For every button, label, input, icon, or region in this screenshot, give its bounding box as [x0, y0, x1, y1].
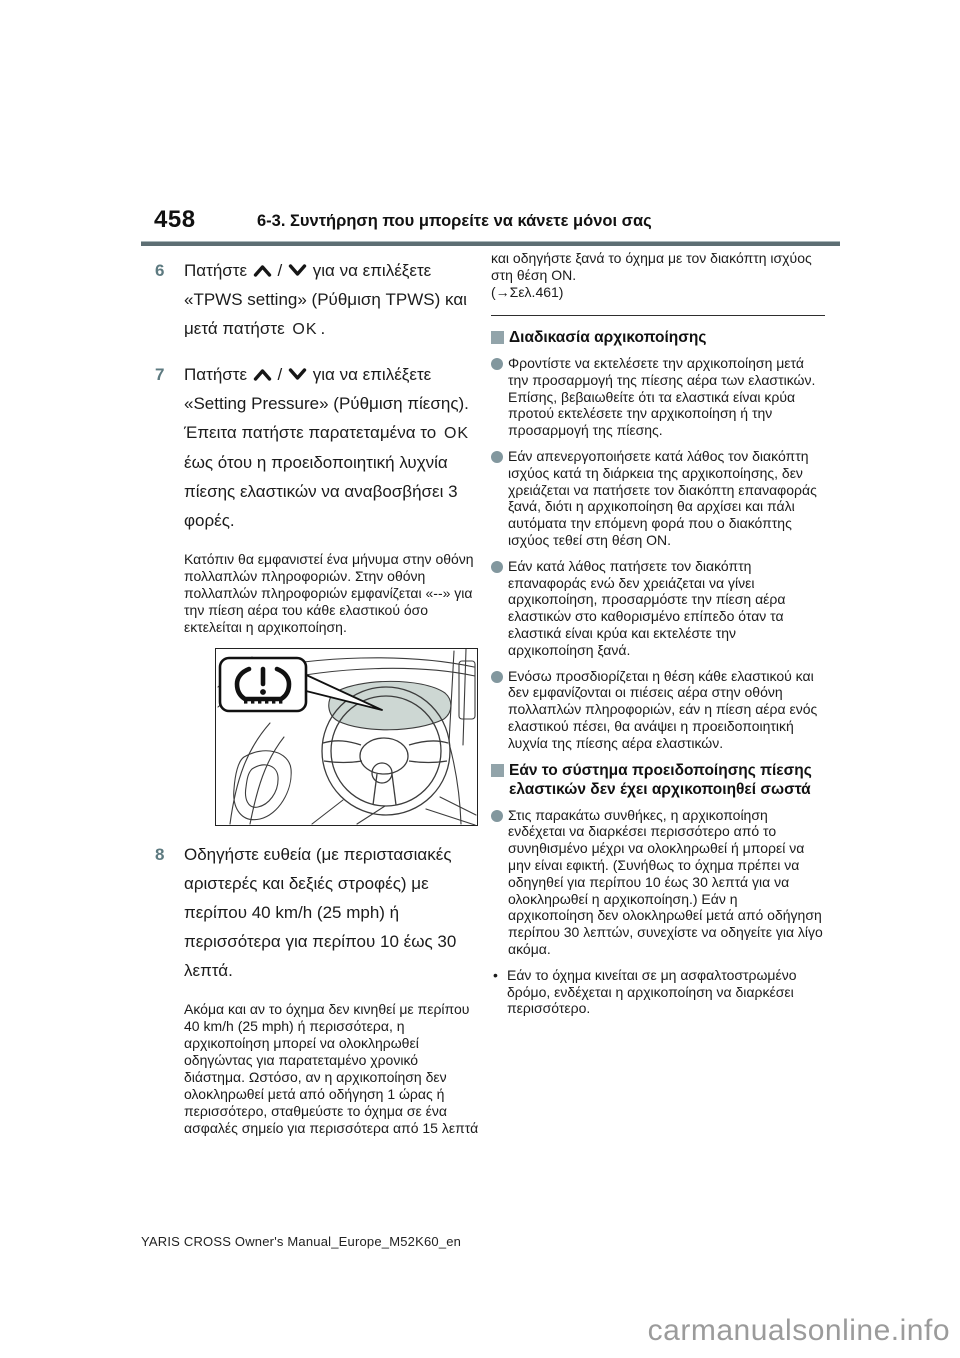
note-bullet-item: Ενόσω προσδιορίζεται η θέση κάθε ελαστικ…	[491, 668, 825, 752]
step-text-segment: /	[278, 365, 283, 384]
ok-key-label: OK	[289, 321, 320, 338]
step-number: 6	[155, 256, 184, 344]
square-marker-icon	[491, 764, 504, 777]
section-divider	[491, 315, 825, 316]
step-7: 7 Πατήστε / για να επιλέξετε «Setting Pr…	[155, 360, 481, 535]
bullet-icon	[491, 358, 503, 370]
bullet-icon	[491, 671, 503, 683]
step-text-segment: Πατήστε	[184, 261, 247, 280]
step-text-segment: /	[278, 261, 283, 280]
ok-key-label: OK	[441, 425, 472, 442]
step-text-segment: .	[321, 319, 326, 338]
page-number: 458	[154, 206, 196, 234]
note-bullet-item: Εάν απενεργοποιήσετε κατά λάθος τον διακ…	[491, 448, 825, 549]
step-number: 7	[155, 360, 184, 535]
illustration-box	[215, 648, 478, 826]
note-bullet-item: Εάν κατά λάθος πατήσετε τον διακόπτη επα…	[491, 558, 825, 659]
step-text-segment: Πατήστε	[184, 365, 247, 384]
note-after-step8: Ακόμα και αν το όχημα δεν κινηθεί με περ…	[184, 1001, 481, 1137]
bullet-text: Εάν απενεργοποιήσετε κατά λάθος τον διακ…	[508, 448, 825, 549]
bullet-icon	[491, 561, 503, 573]
chevron-up-icon	[253, 368, 272, 381]
bullet-text: Εάν κατά λάθος πατήσετε τον διακόπτη επα…	[508, 558, 825, 659]
step-8: 8 Οδηγήστε ευθεία (με περιστασιακές αρισ…	[155, 840, 481, 985]
watermark: carmanualsonline.info	[648, 1314, 950, 1348]
subheading-initialization-procedure: Διαδικασία αρχικοποίησης	[491, 328, 825, 347]
page-reference: (→Σελ.461)	[491, 284, 825, 301]
note-after-step7: Κατόπιν θα εμφανιστεί ένα μήνυμα στην οθ…	[184, 551, 481, 636]
note-bullet-item: Στις παρακάτω συνθήκες, η αρχικοποίηση ε…	[491, 807, 825, 958]
chevron-up-icon	[253, 264, 272, 277]
sub-bullet-text: Εάν το όχημα κινείται σε μη ασφαλτοστρωμ…	[507, 967, 825, 1017]
bullet-text: Φροντίστε να εκτελέσετε την αρχικοποίηση…	[508, 355, 825, 439]
step-text: Πατήστε / για να επιλέξετε «TPWS setting…	[184, 256, 481, 344]
note-bullet-item: Φροντίστε να εκτελέσετε την αρχικοποίηση…	[491, 355, 825, 439]
dashboard-drawing	[216, 649, 477, 825]
bullet-icon	[491, 451, 503, 463]
footer-document-id: YARIS CROSS Owner's Manual_Europe_M52K60…	[141, 1234, 461, 1249]
continuation-text: και οδηγήστε ξανά το όχημα με τον διακόπ…	[491, 250, 825, 284]
bullet-text: Ενόσω προσδιορίζεται η θέση κάθε ελαστικ…	[508, 668, 825, 752]
manual-page: 458 6-3. Συντήρηση που μπορείτε να κάνετ…	[0, 0, 960, 1358]
subheading-text: Διαδικασία αρχικοποίησης	[509, 328, 706, 347]
bullet-icon	[491, 810, 503, 822]
square-marker-icon	[491, 331, 504, 344]
chevron-down-icon	[288, 264, 307, 277]
step-number: 8	[155, 840, 184, 985]
step-6: 6 Πατήστε / για να επιλέξετε «TPWS setti…	[155, 256, 481, 344]
step-text-segment: έως ότου η προειδοποιητική λυχνία πίεσης…	[184, 453, 458, 530]
right-column: και οδηγήστε ξανά το όχημα με τον διακόπ…	[491, 250, 825, 1025]
bullet-text: Στις παρακάτω συνθήκες, η αρχικοποίηση ε…	[508, 807, 825, 958]
subheading-text: Εάν το σύστημα προειδοποίησης πίεσης ελα…	[509, 761, 825, 799]
header-rule	[141, 241, 840, 246]
sub-bullet-item: • Εάν το όχημα κινείται σε μη ασφαλτοστρ…	[491, 967, 825, 1017]
step-text: Οδηγήστε ευθεία (με περιστασιακές αριστε…	[184, 840, 481, 985]
step-text: Πατήστε / για να επιλέξετε «Setting Pres…	[184, 360, 481, 535]
left-column: 6 Πατήστε / για να επιλέξετε «TPWS setti…	[155, 256, 481, 1149]
dot-marker: •	[493, 967, 498, 983]
section-title: 6-3. Συντήρηση που μπορείτε να κάνετε μό…	[257, 212, 652, 231]
subheading-not-initialized-correctly: Εάν το σύστημα προειδοποίησης πίεσης ελα…	[491, 761, 825, 799]
chevron-down-icon	[288, 368, 307, 381]
